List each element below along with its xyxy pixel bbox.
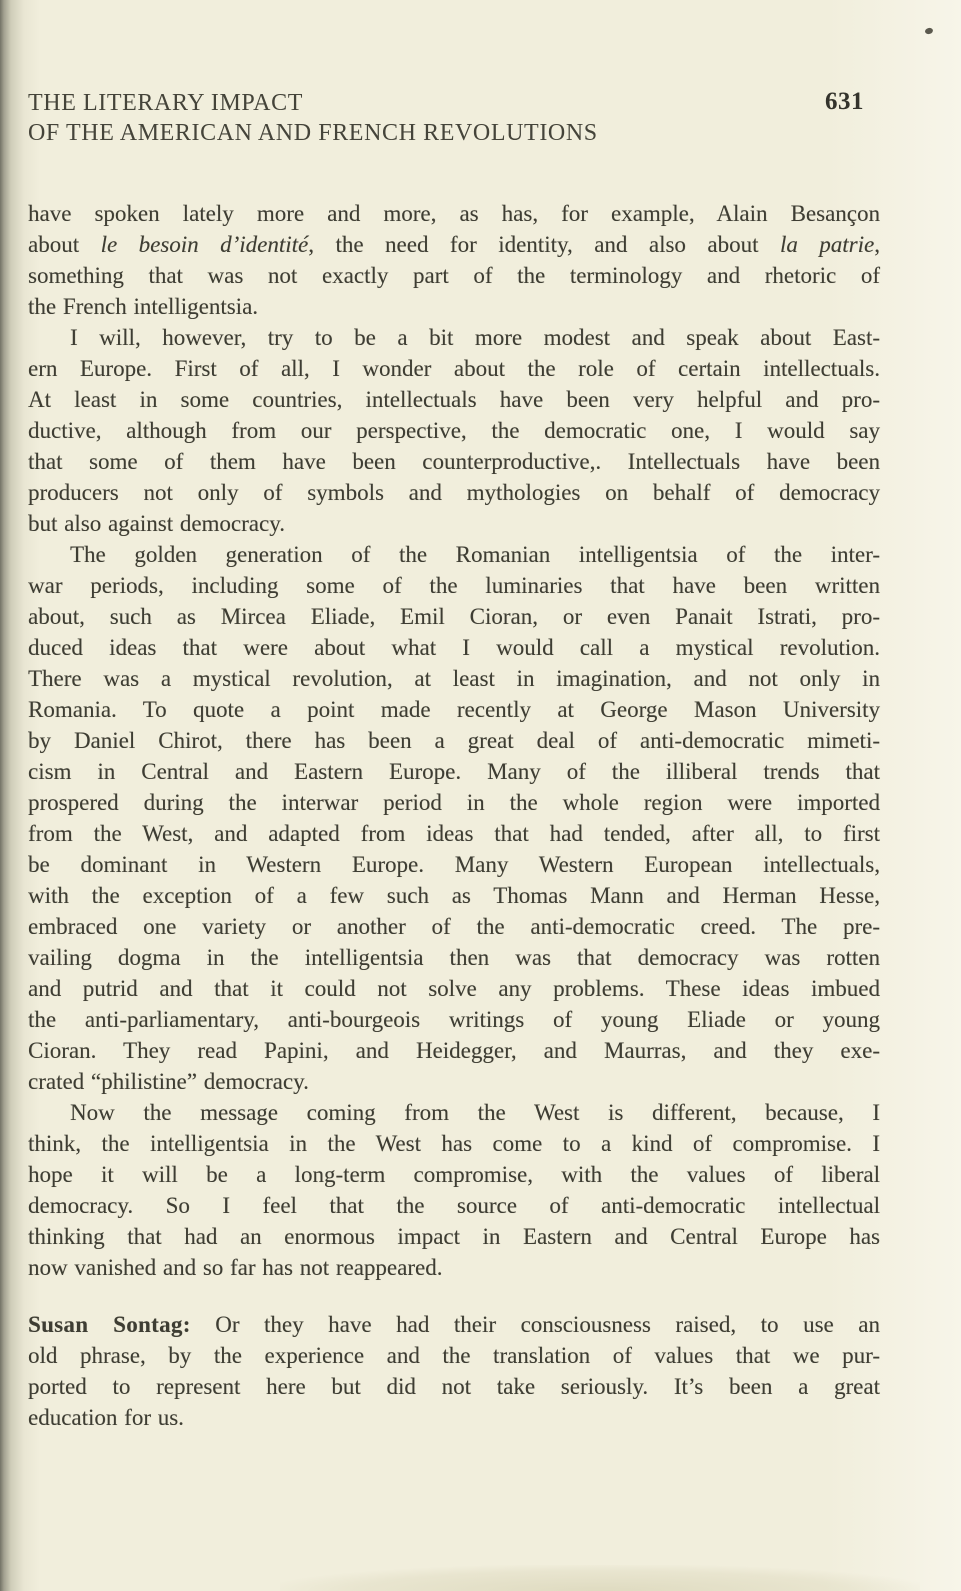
text-line: that some of them have been counterprodu… [28, 446, 880, 477]
text-line: embraced one variety or another of the a… [28, 911, 880, 942]
text-line: and putrid and that it could not solve a… [28, 973, 880, 1004]
text-line: have spoken lately more and more, as has… [28, 198, 880, 229]
page-body: have spoken lately more and more, as has… [28, 198, 880, 1433]
text-line: Now the message coming from the West is … [28, 1097, 880, 1128]
text-line: There was a mystical revolution, at leas… [28, 663, 880, 694]
text-line: hope it will be a long-term compromise, … [28, 1159, 880, 1190]
text-line: the French intelligentsia. [28, 291, 880, 322]
text-line: but also against democracy. [28, 508, 880, 539]
page-bottom-shadow [280, 1565, 920, 1591]
text-line: The golden generation of the Romanian in… [28, 539, 880, 570]
chapter-title: THE LITERARY IMPACT OF THE AMERICAN AND … [28, 88, 598, 148]
paragraph: have spoken lately more and more, as has… [28, 198, 880, 322]
text-line: from the West, and adapted from ideas th… [28, 818, 880, 849]
text-line: democracy. So I feel that the source of … [28, 1190, 880, 1221]
text-line: Cioran. They read Papini, and Heidegger,… [28, 1035, 880, 1066]
running-head: THE LITERARY IMPACT OF THE AMERICAN AND … [28, 88, 880, 148]
text-line: ern Europe. First of all, I wonder about… [28, 353, 880, 384]
text-line: about le besoin d’identité, the need for… [28, 229, 880, 260]
chapter-title-line1: THE LITERARY IMPACT [28, 88, 598, 118]
paragraph: Now the message coming from the West is … [28, 1097, 880, 1283]
text-line: old phrase, by the experience and the tr… [28, 1340, 880, 1371]
text-line: vailing dogma in the intelligentsia then… [28, 942, 880, 973]
text-line: Romania. To quote a point made recently … [28, 694, 880, 725]
text-line: education for us. [28, 1402, 880, 1433]
text-line: I will, however, try to be a bit more mo… [28, 322, 880, 353]
paragraph: I will, however, try to be a bit more mo… [28, 322, 880, 539]
text-line: think, the intelligentsia in the West ha… [28, 1128, 880, 1159]
text-line: At least in some countries, intellectual… [28, 384, 880, 415]
scan-speck-artifact [924, 27, 933, 35]
text-line: be dominant in Western Europe. Many West… [28, 849, 880, 880]
text-line: war periods, including some of the lumin… [28, 570, 880, 601]
text-line: prospered during the interwar period in … [28, 787, 880, 818]
chapter-title-line2: OF THE AMERICAN AND FRENCH REVOLUTIONS [28, 118, 598, 148]
text-line: thinking that had an enormous impact in … [28, 1221, 880, 1252]
text-line: with the exception of a few such as Thom… [28, 880, 880, 911]
text-line: something that was not exactly part of t… [28, 260, 880, 291]
text-line: ported to represent here but did not tak… [28, 1371, 880, 1402]
text-line: by Daniel Chirot, there has been a great… [28, 725, 880, 756]
text-line: cism in Central and Eastern Europe. Many… [28, 756, 880, 787]
text-line: crated “philistine” democracy. [28, 1066, 880, 1097]
text-line: now vanished and so far has not reappear… [28, 1252, 880, 1283]
text-line: about, such as Mircea Eliade, Emil Ciora… [28, 601, 880, 632]
page-content: THE LITERARY IMPACT OF THE AMERICAN AND … [28, 88, 880, 1433]
text-line: ductive, although from our perspective, … [28, 415, 880, 446]
speaker-paragraph: Susan Sontag: Or they have had their con… [28, 1309, 880, 1433]
text-line: Susan Sontag: Or they have had their con… [28, 1309, 880, 1340]
paragraph: The golden generation of the Romanian in… [28, 539, 880, 1097]
text-line: duced ideas that were about what I would… [28, 632, 880, 663]
text-line: producers not only of symbols and mythol… [28, 477, 880, 508]
text-line: the anti-parliamentary, anti-bourgeois w… [28, 1004, 880, 1035]
page-number: 631 [825, 88, 864, 116]
scanned-book-page: { "page": { "header": { "title_line1": "… [0, 0, 961, 1591]
